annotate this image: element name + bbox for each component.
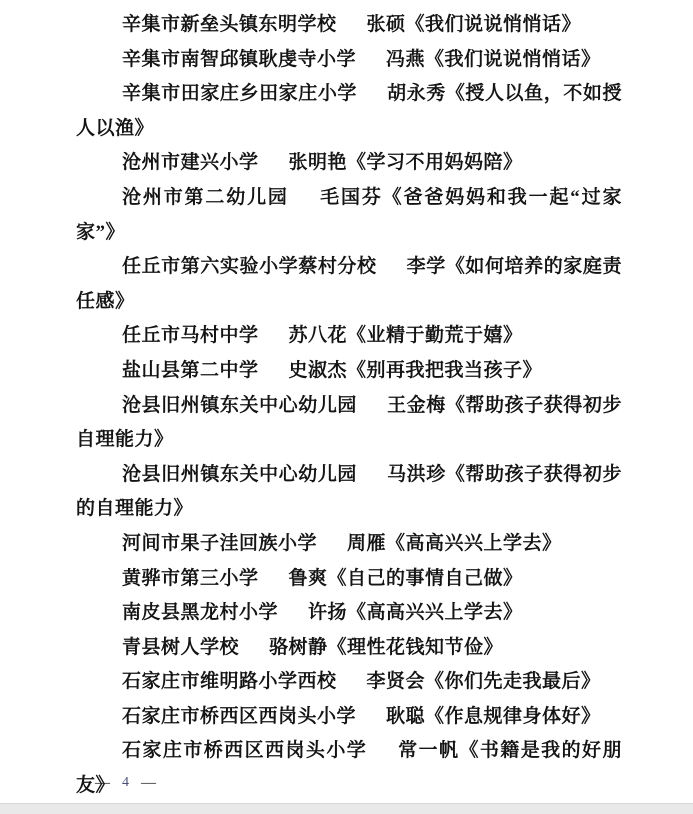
school-name: 沧县旧州镇东关中心幼儿园: [122, 464, 357, 485]
school-name: 南皮县黑龙村小学: [122, 602, 278, 623]
author-name: 张硕: [367, 14, 406, 35]
author-name: 苏八花: [289, 325, 348, 346]
school-name: 沧县旧州镇东关中心幼儿园: [122, 395, 357, 416]
list-item: 辛集市南智邱镇耿虔寺小学冯燕《我们说说悄悄话》: [76, 43, 622, 78]
school-name: 沧州市第二幼儿园: [122, 187, 289, 208]
list-item: 辛集市田家庄乡田家庄小学胡永秀《授人以鱼，不如授人以渔》: [76, 77, 622, 146]
list-item: 沧县旧州镇东关中心幼儿园王金梅《帮助孩子获得初步自理能力》: [76, 389, 622, 458]
page-number-footer: — 4 —: [95, 772, 156, 794]
footer-left-dash: —: [95, 775, 110, 792]
author-name: 周雁: [347, 533, 386, 554]
list-item: 黄骅市第三小学鲁爽《自己的事情自己做》: [76, 562, 622, 597]
list-item: 石家庄市桥西区西岗头小学常一帆《书籍是我的好朋友》: [76, 734, 622, 803]
list-item: 石家庄市桥西区西岗头小学耿聪《作息规律身体好》: [76, 700, 622, 735]
work-title: 《别再我把我当孩子》: [347, 360, 542, 381]
school-name: 辛集市新垒头镇东明学校: [122, 14, 337, 35]
school-name: 任丘市第六实验小学蔡村分校: [122, 256, 377, 277]
author-name: 李贤会: [367, 671, 426, 692]
school-name: 辛集市田家庄乡田家庄小学: [122, 83, 357, 104]
school-name: 任丘市马村中学: [122, 325, 259, 346]
work-title: 《高高兴兴上学去》: [347, 602, 523, 623]
author-name: 史淑杰: [289, 360, 348, 381]
author-name: 张明艳: [289, 152, 348, 173]
author-name: 常一帆: [397, 740, 459, 761]
list-item: 南皮县黑龙村小学许扬《高高兴兴上学去》: [76, 596, 622, 631]
list-item: 青县树人学校骆树静《理性花钱知节俭》: [76, 631, 622, 666]
work-title: 《学习不用妈妈陪》: [347, 152, 523, 173]
page-bottom-edge: [0, 803, 693, 814]
school-name: 青县树人学校: [122, 637, 239, 658]
author-name: 李学: [407, 256, 446, 277]
list-item: 石家庄市维明路小学西校李贤会《你们先走我最后》: [76, 665, 622, 700]
list-item: 任丘市第六实验小学蔡村分校李学《如何培养的家庭责任感》: [76, 250, 622, 319]
work-title: 《高高兴兴上学去》: [386, 533, 562, 554]
author-name: 骆树静: [269, 637, 328, 658]
author-name: 耿聪: [386, 706, 425, 727]
author-name: 胡永秀: [387, 83, 446, 104]
school-name: 石家庄市桥西区西岗头小学: [122, 740, 367, 761]
document-page: 辛集市新垒头镇东明学校张硕《我们说说悄悄话》 辛集市南智邱镇耿虔寺小学冯燕《我们…: [0, 0, 693, 814]
school-name: 河间市果子洼回族小学: [122, 533, 317, 554]
school-name: 石家庄市维明路小学西校: [122, 671, 337, 692]
list-item: 任丘市马村中学苏八花《业精于勤荒于嬉》: [76, 319, 622, 354]
school-name: 盐山县第二中学: [122, 360, 259, 381]
author-name: 王金梅: [387, 395, 446, 416]
author-name: 冯燕: [386, 49, 425, 70]
work-title: 《我们说说悄悄话》: [425, 49, 601, 70]
school-name: 黄骅市第三小学: [122, 568, 259, 589]
author-name: 毛国芬: [319, 187, 383, 208]
work-title: 《我们说说悄悄话》: [406, 14, 582, 35]
author-name: 马洪珍: [387, 464, 446, 485]
page-number: 4: [122, 775, 129, 791]
list-item: 辛集市新垒头镇东明学校张硕《我们说说悄悄话》: [76, 8, 622, 43]
school-name: 石家庄市桥西区西岗头小学: [122, 706, 356, 727]
school-name: 沧州市建兴小学: [122, 152, 259, 173]
list-item: 沧州市第二幼儿园毛国芬《爸爸妈妈和我一起“过家家”》: [76, 181, 622, 250]
work-title: 《理性花钱知节俭》: [328, 637, 504, 658]
school-name: 辛集市南智邱镇耿虔寺小学: [122, 49, 356, 70]
work-title: 《你们先走我最后》: [425, 671, 601, 692]
list-item: 沧县旧州镇东关中心幼儿园马洪珍《帮助孩子获得初步的自理能力》: [76, 458, 622, 527]
list-item: 盐山县第二中学史淑杰《别再我把我当孩子》: [76, 354, 622, 389]
list-item: 河间市果子洼回族小学周雁《高高兴兴上学去》: [76, 527, 622, 562]
award-list: 辛集市新垒头镇东明学校张硕《我们说说悄悄话》 辛集市南智邱镇耿虔寺小学冯燕《我们…: [76, 8, 622, 804]
author-name: 鲁爽: [289, 568, 328, 589]
work-title: 《作息规律身体好》: [425, 706, 601, 727]
work-title: 《自己的事情自己做》: [328, 568, 523, 589]
list-item: 沧州市建兴小学张明艳《学习不用妈妈陪》: [76, 146, 622, 181]
footer-right-dash: —: [141, 775, 156, 792]
work-title: 《业精于勤荒于嬉》: [347, 325, 523, 346]
author-name: 许扬: [308, 602, 347, 623]
